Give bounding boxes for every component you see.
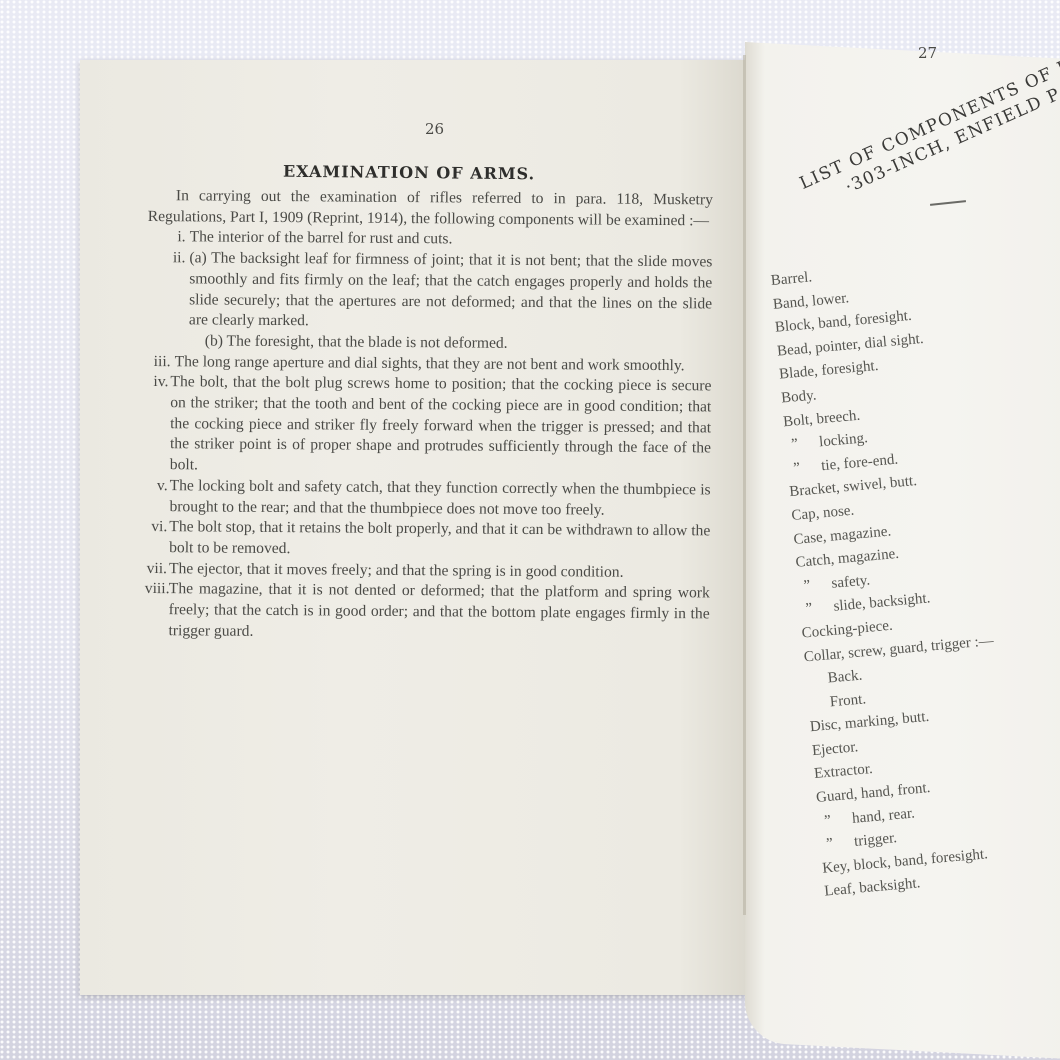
- component-text: Back.: [827, 668, 863, 687]
- component-text: Body.: [781, 387, 818, 406]
- intro-line: following components will be examined :—: [434, 210, 709, 229]
- component-text: Cocking-piece.: [801, 618, 893, 642]
- component-text: tie, fore-end.: [821, 451, 899, 474]
- component-text: Band, lower.: [772, 290, 849, 313]
- ditto-mark: ”: [797, 573, 833, 599]
- component-text: Ejector.: [811, 739, 858, 759]
- component-text: Bolt, breech.: [783, 407, 861, 430]
- intro-line: In carrying out the examination of rifle…: [176, 187, 617, 207]
- ditto-mark: ”: [799, 596, 835, 622]
- list-item: vi.The bolt stop, that it retains the bo…: [145, 517, 710, 563]
- component-text: Blade, foresight.: [778, 358, 879, 383]
- component-text: Extractor.: [813, 761, 873, 782]
- component-text: Cap, nose.: [791, 503, 855, 524]
- ditto-mark: ”: [819, 831, 855, 857]
- component-text: slide, backsight.: [833, 591, 931, 615]
- component-text: Front.: [829, 691, 867, 710]
- list-item: viii.The magazine, that it is not dented…: [144, 579, 709, 646]
- component-text: safety.: [831, 572, 871, 591]
- component-text: trigger.: [853, 830, 897, 850]
- component-text: Leaf, backsight.: [824, 876, 921, 900]
- body-text: In carrying out the examination of rifle…: [144, 186, 713, 646]
- ditto-mark: ”: [817, 808, 853, 834]
- component-text: hand, rear.: [851, 805, 915, 826]
- ditto-mark: ”: [786, 455, 822, 481]
- page-number-right: 27: [918, 44, 937, 62]
- section-title: EXAMINATION OF ARMS.: [283, 162, 535, 184]
- book-gutter: [743, 55, 746, 915]
- list-item: ii.(a) The backsight leaf for firmness o…: [147, 248, 713, 335]
- ditto-mark: ”: [784, 432, 820, 458]
- page-number-left: 26: [425, 120, 444, 138]
- list-item: iv.The bolt, that the bolt plug screws h…: [146, 372, 712, 480]
- component-text: locking.: [819, 430, 869, 450]
- list-item: v.The locking bolt and safety catch, tha…: [145, 476, 710, 522]
- component-text: Barrel.: [770, 269, 812, 289]
- component-text: Catch, magazine.: [795, 546, 900, 571]
- intro-paragraph: In carrying out the examination of rifle…: [148, 186, 713, 232]
